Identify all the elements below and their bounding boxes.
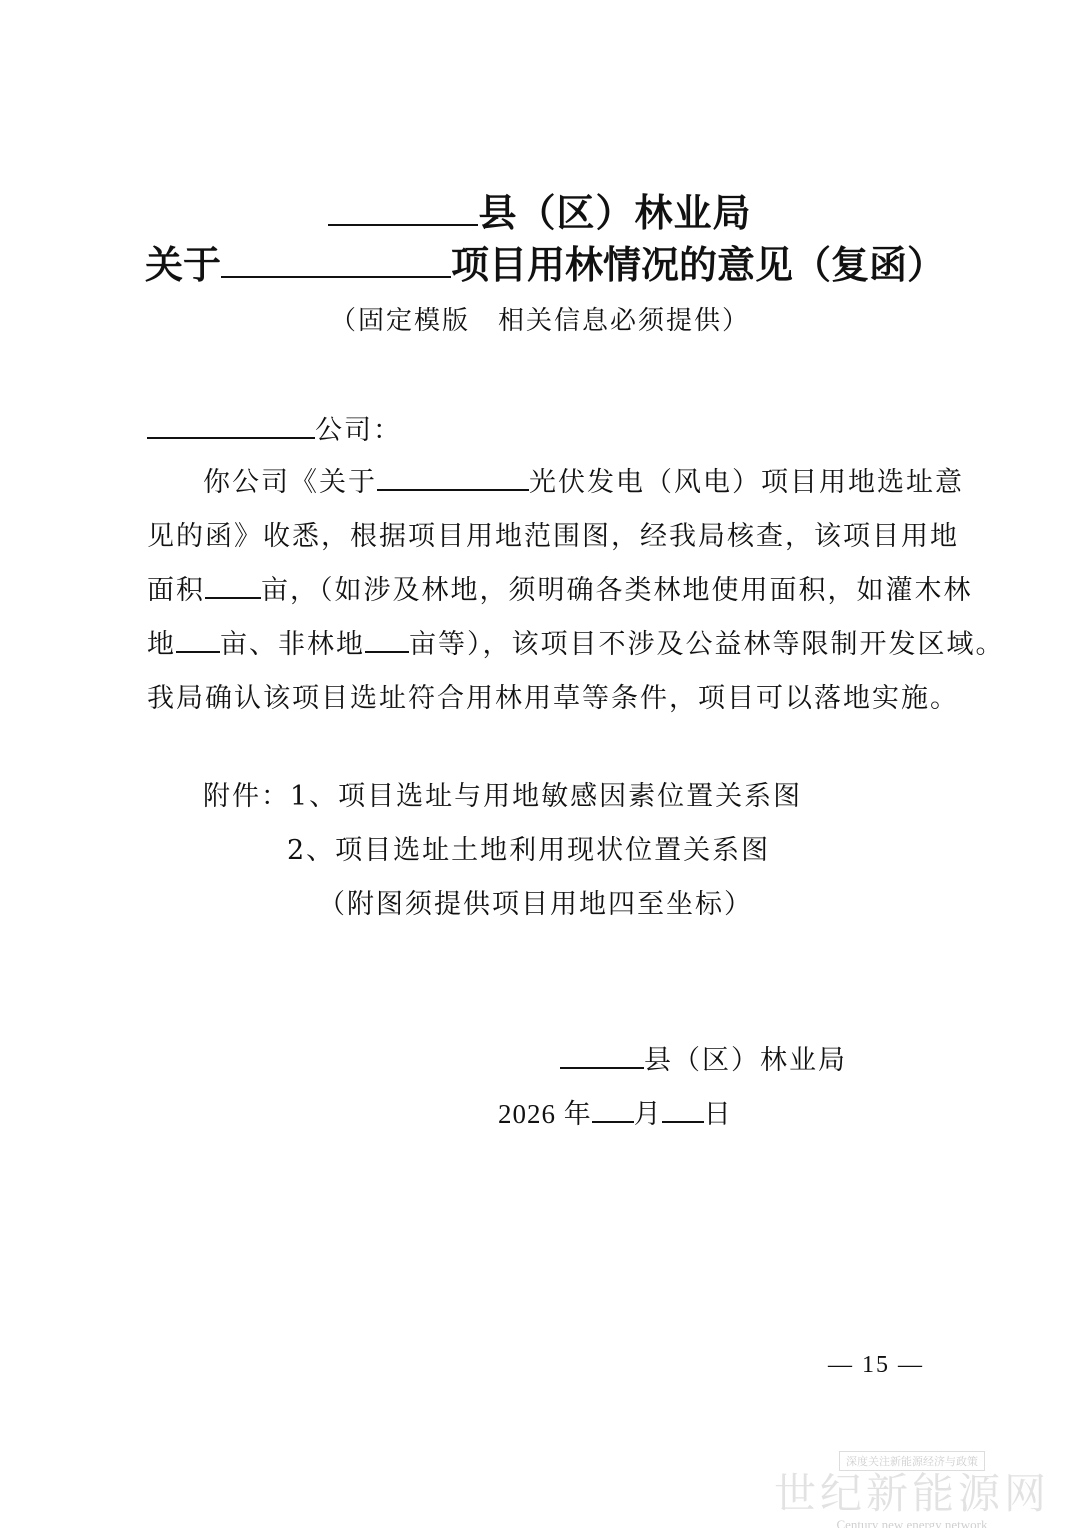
county-blank <box>328 223 478 226</box>
page-number: — 15 — <box>828 1352 924 1379</box>
signature-org-text: 县（区）林业局 <box>644 1045 847 1076</box>
signature-county-blank <box>560 1066 644 1069</box>
project-blank <box>377 488 529 491</box>
signature-date: 2026 年月日 <box>498 1092 732 1131</box>
watermark-name: 世纪新能源网 <box>774 1471 1050 1517</box>
attachment-1: 附件：1、项目选址与用地敏感因素位置关系图 <box>203 774 802 813</box>
paragraph-line-2: 见的函》收悉，根据项目用地范围图，经我局核查，该项目用地 <box>147 514 959 553</box>
salutation-text: 公司： <box>315 415 402 446</box>
attachment-item: 1、项目选址与用地敏感因素位置关系图 <box>290 781 802 812</box>
para-text: 地 <box>147 629 176 660</box>
project-name-blank <box>221 275 451 278</box>
month-blank <box>592 1120 634 1123</box>
watermark-english: Century new energy network <box>774 1517 1050 1528</box>
title-line-2: 关于项目用林情况的意见（复函） <box>145 234 945 289</box>
attachments-label: 附件： <box>203 781 290 812</box>
watermark-tagline: 深度关注新能源经济与政策 <box>839 1451 985 1471</box>
para-text: 面积 <box>147 575 205 606</box>
watermark: 深度关注新能源经济与政策 世纪新能源网 Century new energy n… <box>774 1450 1050 1528</box>
signature-org: 县（区）林业局 <box>560 1038 847 1077</box>
attachment-2: 2、项目选址土地利用现状位置关系图 <box>287 828 770 867</box>
nonforest-area-blank <box>365 650 409 653</box>
title-line-2-suffix: 项目用林情况的意见（复函） <box>451 243 945 287</box>
paragraph-line-1: 你公司《关于光伏发电（风电）项目用地选址意 <box>203 460 964 499</box>
day-blank <box>662 1120 704 1123</box>
area-blank <box>205 596 261 599</box>
para-text: 光伏发电（风电）项目用地选址意 <box>529 467 964 498</box>
paragraph-line-3: 面积亩，（如涉及林地，须明确各类林地使用面积，如灌木林 <box>147 568 973 607</box>
salutation: 公司： <box>147 408 402 447</box>
title-line-1: 县（区）林业局 <box>0 182 1080 237</box>
date-month-label: 月 <box>634 1099 662 1130</box>
title-line-2-prefix: 关于 <box>145 243 221 287</box>
subtitle: （固定模版 相关信息必须提供） <box>0 300 1080 337</box>
para-text: 亩等），该项目不涉及公益林等限制开发区域。 <box>409 629 1005 660</box>
paragraph-line-4: 地亩、非林地亩等），该项目不涉及公益林等限制开发区域。 <box>147 622 1005 661</box>
paragraph-line-5: 我局确认该项目选址符合用林用草等条件，项目可以落地实施。 <box>147 676 959 715</box>
title-line-1-text: 县（区）林业局 <box>478 191 751 235</box>
attachment-note: （附图须提供项目用地四至坐标） <box>318 882 753 921</box>
date-year: 2026 年 <box>498 1099 592 1129</box>
shrub-area-blank <box>176 650 220 653</box>
para-text: 亩、非林地 <box>220 629 365 660</box>
para-text: 你公司《关于 <box>203 467 377 498</box>
para-text: 亩，（如涉及林地，须明确各类林地使用面积，如灌木林 <box>261 575 973 606</box>
company-blank <box>147 436 315 439</box>
date-day-label: 日 <box>704 1099 732 1130</box>
